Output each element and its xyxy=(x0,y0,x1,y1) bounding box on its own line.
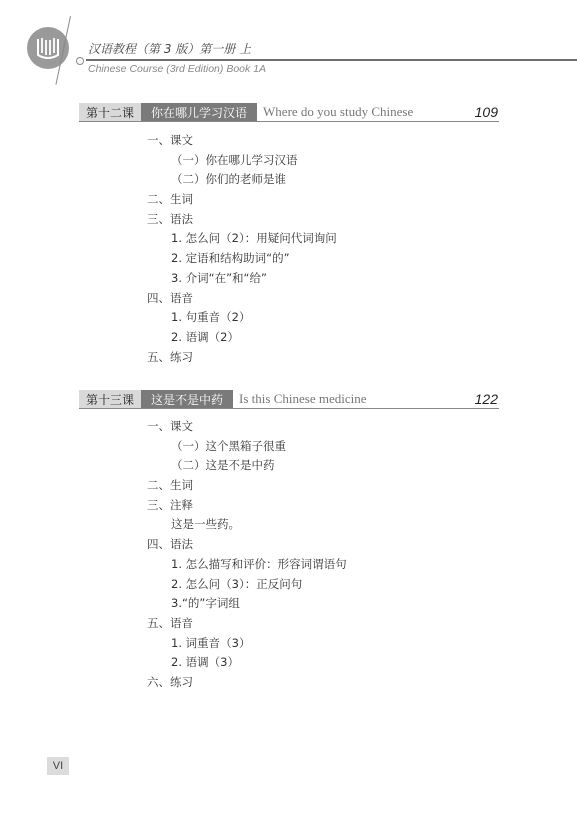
toc-item[interactable]: 四、语法 xyxy=(147,535,347,555)
toc-item[interactable]: 3. 介词“在”和“给” xyxy=(147,269,337,289)
lesson-page-number: 122 xyxy=(475,390,499,408)
toc-item[interactable]: 这是一些药。 xyxy=(147,515,347,535)
toc-item[interactable]: 2. 语调（2） xyxy=(147,328,337,348)
toc-item[interactable]: 六、练习 xyxy=(147,673,347,693)
toc-item[interactable]: 五、练习 xyxy=(147,348,337,368)
lesson-12-contents: 一、课文 （一）你在哪儿学习汉语 （二）你们的老师是谁 二、生词 三、语法 1.… xyxy=(147,131,337,367)
toc-item[interactable]: 三、注释 xyxy=(147,496,347,516)
toc-item[interactable]: （二）你们的老师是谁 xyxy=(147,170,337,190)
lesson-title-cn: 你在哪儿学习汉语 xyxy=(141,103,257,121)
toc-item[interactable]: 1. 句重音（2） xyxy=(147,308,337,328)
toc-item[interactable]: 3.“的”字词组 xyxy=(147,594,347,614)
page-number-badge: VI xyxy=(47,757,69,775)
lesson-title-en: Is this Chinese medicine xyxy=(233,390,475,408)
lesson-number: 第十二课 xyxy=(79,103,141,121)
toc-item[interactable]: 一、课文 xyxy=(147,417,347,437)
toc-item[interactable]: 1. 怎么描写和评价：形容词谓语句 xyxy=(147,555,347,575)
toc-item[interactable]: （一）你在哪儿学习汉语 xyxy=(147,151,337,171)
book-title-en: Chinese Course (3rd Edition) Book 1A xyxy=(88,63,266,75)
lesson-12-header[interactable]: 第十二课 你在哪儿学习汉语 Where do you study Chinese… xyxy=(79,103,499,122)
toc-item[interactable]: 三、语法 xyxy=(147,210,337,230)
lesson-number: 第十三课 xyxy=(79,390,141,408)
lesson-13-contents: 一、课文 （一）这个黑箱子很重 （二）这是不是中药 二、生词 三、注释 这是一些… xyxy=(147,417,347,693)
toc-item[interactable]: 二、生词 xyxy=(147,190,337,210)
toc-item[interactable]: 一、课文 xyxy=(147,131,337,151)
header-rule xyxy=(86,59,577,61)
toc-item[interactable]: （一）这个黑箱子很重 xyxy=(147,437,347,457)
toc-item[interactable]: 四、语音 xyxy=(147,289,337,309)
header-divider-dot xyxy=(76,57,84,65)
toc-item[interactable]: 2. 怎么问（3）：正反问句 xyxy=(147,575,347,595)
lesson-title-cn: 这是不是中药 xyxy=(141,390,233,408)
toc-item[interactable]: 2. 定语和结构助词“的” xyxy=(147,249,337,269)
lesson-13-header[interactable]: 第十三课 这是不是中药 Is this Chinese medicine 122 xyxy=(79,390,499,409)
toc-item[interactable]: 1. 怎么问（2）：用疑问代词询问 xyxy=(147,229,337,249)
toc-item[interactable]: 二、生词 xyxy=(147,476,347,496)
lesson-page-number: 109 xyxy=(475,103,499,121)
toc-item[interactable]: 2. 语调（3） xyxy=(147,653,347,673)
toc-item[interactable]: （二）这是不是中药 xyxy=(147,456,347,476)
lesson-title-en: Where do you study Chinese xyxy=(257,103,475,121)
toc-item[interactable]: 1. 词重音（3） xyxy=(147,634,347,654)
toc-item[interactable]: 五、语音 xyxy=(147,614,347,634)
book-title-cn: 汉语教程（第 3 版）第一册 上 xyxy=(88,40,251,57)
